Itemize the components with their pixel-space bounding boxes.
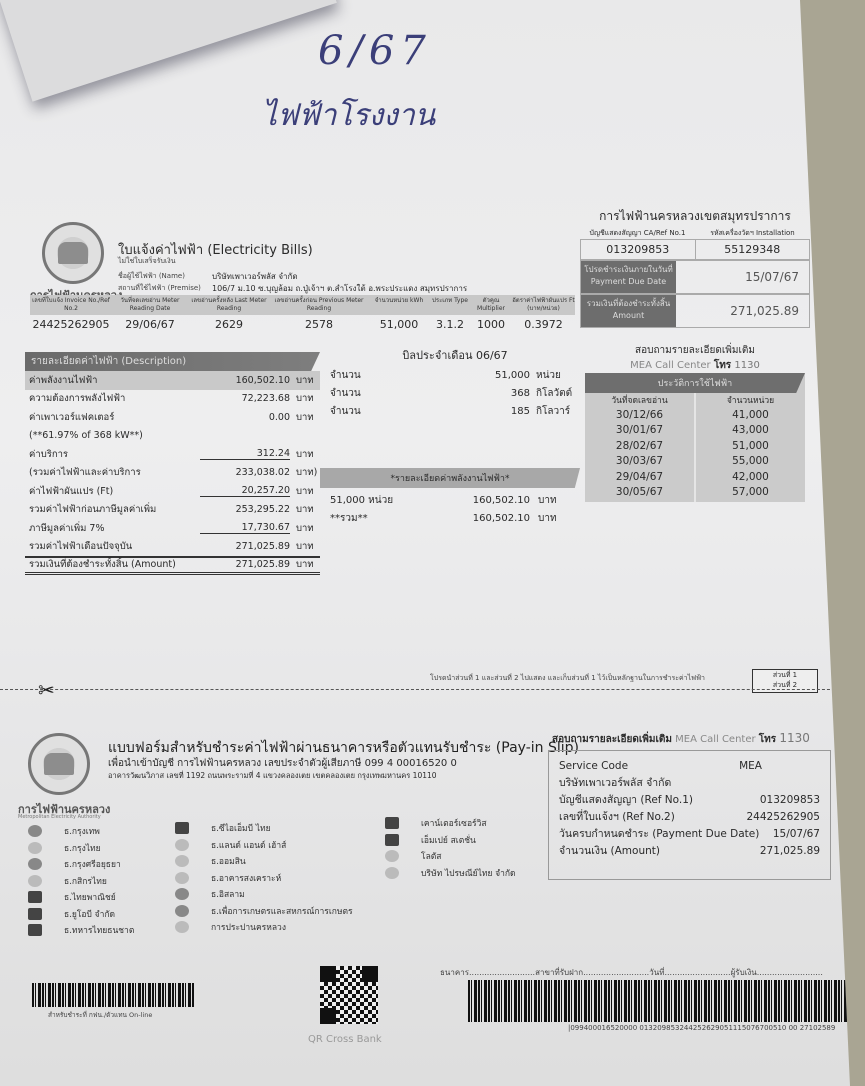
meter-col-header: เลขอ่านครั้งก่อน Previous Meter Reading xyxy=(270,295,368,315)
description-amount: 20,257.20 xyxy=(200,485,290,497)
description-unit: บาท xyxy=(290,484,320,499)
agent-list: เคาน์เตอร์เซอร์วิสเอ็มเปย์ สเตชั่นโลตัสบ… xyxy=(385,815,516,881)
description-label: รวมค่าไฟฟ้าเดือนปัจจุบัน xyxy=(25,539,200,554)
online-barcode xyxy=(32,983,194,1007)
description-amount: 72,223.68 xyxy=(200,393,290,404)
payin-phone-label: โทร xyxy=(759,734,776,745)
description-unit: บาท xyxy=(290,391,320,406)
meter-col-value: 2629 xyxy=(188,315,270,331)
bank-logo-icon xyxy=(175,921,189,933)
description-label: ภาษีมูลค่าเพิ่ม 7% xyxy=(25,521,200,536)
history-units: 55,000 xyxy=(696,455,805,471)
energy-label: 51,000 หน่วย xyxy=(330,493,450,508)
meter-col-header: เลขที่ใบแจ้ง Invoice No./Ref No.2 xyxy=(30,295,112,315)
meter-col-header: จำนวนหน่วย kWh xyxy=(368,295,430,315)
monthly-unit: กิโลวาร์ xyxy=(530,404,570,419)
bank-name: เอ็มเปย์ สเตชั่น xyxy=(421,833,476,847)
history-date: 30/05/67 xyxy=(585,486,696,502)
energy-unit: บาท xyxy=(530,511,557,526)
amount-value: 271,025.89 xyxy=(676,295,809,327)
energy-label: **รวม** xyxy=(330,511,450,526)
energy-value: 160,502.10 xyxy=(450,495,530,506)
bank-item: ธ.ยูโอบี จำกัด xyxy=(28,906,134,923)
bank-item: เคาน์เตอร์เซอร์วิส xyxy=(385,815,516,832)
meter-col-header: ตัวคูณ Multiplier xyxy=(470,295,512,315)
description-label: รวมค่าไฟฟ้าก่อนภาษีมูลค่าเพิ่ม xyxy=(25,502,200,517)
description-unit: บาท) xyxy=(290,465,320,480)
payin-due-label: วันครบกำหนดชำระ (Payment Due Date) xyxy=(559,825,759,842)
bank-logo-icon xyxy=(28,908,42,920)
payin-inquiry: สอบถามรายละเอียดเพิ่มเติม MEA Call Cente… xyxy=(552,731,810,747)
payin-phone: 1130 xyxy=(779,731,810,745)
handwritten-note: ไฟฟ้าโรงงาน xyxy=(262,92,435,139)
description-total-row: รวมเงินที่ต้องชำระทั้งสิ้น (Amount) 271,… xyxy=(25,556,320,575)
bank-logo-icon xyxy=(175,872,189,884)
cut-line xyxy=(0,689,850,690)
history-units: 43,000 xyxy=(696,424,805,440)
description-unit: บาท xyxy=(290,539,320,554)
phone-number: 1130 xyxy=(734,360,759,371)
description-unit: บาท xyxy=(290,410,320,425)
description-amount: 17,730.67 xyxy=(200,522,290,534)
barcode-number: |099400016520000 01320985324425262905111… xyxy=(568,1024,835,1032)
payin-due-value: 15/07/67 xyxy=(773,828,820,840)
ref2-value: 24425262905 xyxy=(747,811,821,823)
bank-name: เคาน์เตอร์เซอร์วิส xyxy=(421,816,487,830)
monthly-unit: กิโลวัตต์ xyxy=(530,386,572,401)
service-box: Service CodeMEA บริษัทเพาเวอร์พลัส จำกัด… xyxy=(548,750,831,880)
energy-unit: บาท xyxy=(530,493,557,508)
bank-name: บริษัท ไปรษณีย์ไทย จำกัด xyxy=(421,866,516,880)
description-row: ค่าบริการ312.24บาท xyxy=(25,445,320,464)
scissors-icon: ✂ xyxy=(38,678,55,702)
bank-name: ธ.แลนด์ แอนด์ เฮ้าส์ xyxy=(211,838,286,852)
description-row: ค่าเพาเวอร์แฟคเตอร์0.00บาท xyxy=(25,408,320,427)
description-label: ค่าบริการ xyxy=(25,447,200,462)
history-row: 28/02/6751,000 xyxy=(585,440,805,456)
description-label: ค่าพลังงานไฟฟ้า xyxy=(25,373,200,388)
description-row: (**61.97% of 368 kW**) xyxy=(25,427,320,446)
qr-code xyxy=(320,966,378,1024)
meter-col-header: อัตราค่าไฟฟ้าผันแปร Ft (บาท/หน่วย) xyxy=(512,295,575,315)
qr-caption: QR Cross Bank xyxy=(308,1034,382,1045)
bank-logo-icon xyxy=(28,842,42,854)
due-date-value: 15/07/67 xyxy=(676,261,809,293)
bank-item: โลตัส xyxy=(385,848,516,865)
history-row: 30/12/6641,000 xyxy=(585,409,805,425)
mea-emblem-icon xyxy=(28,733,90,795)
history-units: 41,000 xyxy=(696,409,805,425)
ref1-value: 013209853 xyxy=(760,794,820,806)
bank-name: ธ.เพื่อการเกษตรและสหกรณ์การเกษตร xyxy=(211,904,353,918)
payin-account-line: เพื่อนำเข้าบัญชี การไฟฟ้านครหลวง เลขประจ… xyxy=(108,756,457,771)
history-col-units: จำนวนหน่วย xyxy=(696,393,805,409)
bank-logo-icon xyxy=(385,850,399,862)
monthly-summary: บิลประจำเดือน 06/67 จำนวน51,000หน่วยจำนว… xyxy=(330,346,580,527)
phone-label: โทร xyxy=(714,360,731,371)
bill-sheet: 6/67 ไฟฟ้าโรงงาน การไฟฟ้านครหลวง Metropo… xyxy=(0,0,850,1086)
history-date: 29/04/67 xyxy=(585,471,696,487)
bank-list-1: ธ.กรุงเทพธ.กรุงไทยธ.กรุงศรีอยุธยาธ.กสิกร… xyxy=(28,823,134,939)
monthly-value: 51,000 xyxy=(480,370,530,381)
description-label: (**61.97% of 368 kW**) xyxy=(25,430,200,441)
energy-value: 160,502.10 xyxy=(450,513,530,524)
description-row: รวมค่าไฟฟ้าเดือนปัจจุบัน271,025.89บาท xyxy=(25,538,320,557)
description-unit: บาท xyxy=(290,521,320,536)
meter-col-value: 2578 xyxy=(270,315,368,331)
monthly-title: บิลประจำเดือน 06/67 xyxy=(330,346,580,364)
payin-amount-value: 271,025.89 xyxy=(760,845,820,857)
ca-label: บัญชีแสดงสัญญา CA/Ref No.1 xyxy=(580,228,695,239)
description-label: ค่าเพาเวอร์แฟคเตอร์ xyxy=(25,410,200,425)
service-code-value: MEA xyxy=(739,760,762,772)
payment-barcode xyxy=(468,980,854,1022)
side-barcode xyxy=(835,452,843,572)
description-unit: บาท xyxy=(290,447,320,462)
description-amount: 0.00 xyxy=(200,412,290,423)
meter-col-value: 3.1.2 xyxy=(430,315,470,331)
cut-instruction: โปรดนำส่วนที่ 1 และส่วนที่ 2 ไปแสดง และเ… xyxy=(430,673,705,684)
service-company: บริษัทเพาเวอร์พลัส จำกัด xyxy=(559,774,671,791)
description-row: ความต้องการพลังไฟฟ้า72,223.68บาท xyxy=(25,390,320,409)
bank-logo-icon xyxy=(28,858,42,870)
description-amount: 233,038.02 xyxy=(200,467,290,478)
name-label: ชื่อผู้ใช้ไฟฟ้า (Name) xyxy=(118,271,185,282)
bank-item: ธ.ทหารไทยธนชาต xyxy=(28,922,134,939)
online-barcode-caption: สำหรับชำระที่ กฟน./ตัวแทน On-line xyxy=(48,1010,152,1020)
monthly-row: จำนวน368กิโลวัตต์ xyxy=(330,384,580,402)
monthly-row: จำนวน51,000หน่วย xyxy=(330,366,580,384)
bank-item: เอ็มเปย์ สเตชั่น xyxy=(385,832,516,849)
bank-item: ธ.กรุงศรีอยุธยา xyxy=(28,856,134,873)
service-code-label: Service Code xyxy=(559,760,628,772)
bank-name: ธ.กสิกรไทย xyxy=(64,874,107,888)
bank-item: ธ.ซีไอเอ็มบี ไทย xyxy=(175,820,353,837)
ref2-label: เลขที่ใบแจ้งฯ (Ref No.2) xyxy=(559,808,675,825)
bank-item: ธ.ไทยพาณิชย์ xyxy=(28,889,134,906)
bank-logo-icon xyxy=(175,839,189,851)
mea-emblem-icon xyxy=(42,222,104,284)
bank-logo-icon xyxy=(385,867,399,879)
history-units: 57,000 xyxy=(696,486,805,502)
bank-item: ธ.กรุงเทพ xyxy=(28,823,134,840)
description-header: รายละเอียดค่าไฟฟ้า (Description) xyxy=(25,352,320,371)
bank-name: ธ.อาคารสงเคราะห์ xyxy=(211,871,281,885)
mea-logo xyxy=(40,222,104,284)
monthly-label: จำนวน xyxy=(330,404,480,419)
installation-label: รหัสเครื่องวัดฯ Installation xyxy=(695,228,810,239)
total-label: รวมเงินที่ต้องชำระทั้งสิ้น (Amount) xyxy=(25,557,200,572)
bank-logo-icon xyxy=(175,905,189,917)
history-date: 30/12/66 xyxy=(585,409,696,425)
bank-item: ธ.กสิกรไทย xyxy=(28,873,134,890)
description-row: ภาษีมูลค่าเพิ่ม 7%17,730.67บาท xyxy=(25,519,320,538)
meter-col-value: 1000 xyxy=(470,315,512,331)
bank-logo-icon xyxy=(385,817,399,829)
usage-history: สอบถามรายละเอียดเพิ่มเติม MEA Call Cente… xyxy=(585,343,805,502)
due-date-label: โปรดชำระเงินภายในวันที่ Payment Due Date xyxy=(581,261,676,293)
monthly-label: จำนวน xyxy=(330,368,480,383)
payin-call-center: MEA Call Center xyxy=(675,734,755,745)
history-date: 30/01/67 xyxy=(585,424,696,440)
bank-logo-icon xyxy=(175,822,189,834)
meter-table: เลขที่ใบแจ้ง Invoice No./Ref No.2วันที่จ… xyxy=(30,295,575,331)
description-amount: 271,025.89 xyxy=(200,541,290,552)
meter-table-header: เลขที่ใบแจ้ง Invoice No./Ref No.2วันที่จ… xyxy=(30,295,575,315)
bank-item: ธ.อาคารสงเคราะห์ xyxy=(175,870,353,887)
part-1-label: ส่วนที่ 1 xyxy=(753,670,817,680)
monthly-label: จำนวน xyxy=(330,386,480,401)
monthly-unit: หน่วย xyxy=(530,368,561,383)
ca-number: 013209853 xyxy=(581,240,696,259)
total-unit: บาท xyxy=(290,557,320,572)
bank-logo-icon xyxy=(175,888,189,900)
bank-name: ธ.ยูโอบี จำกัด xyxy=(64,907,115,921)
bank-item: การประปานครหลวง xyxy=(175,919,353,936)
description-label: ค่าไฟฟ้าผันแปร (Ft) xyxy=(25,484,200,499)
call-center-label: MEA Call Center xyxy=(630,360,710,371)
history-header: ประวัติการใช้ไฟฟ้า xyxy=(585,373,805,393)
meter-col-value: 29/06/67 xyxy=(112,315,188,331)
history-row: 30/03/6755,000 xyxy=(585,455,805,471)
bank-name: ธ.ซีไอเอ็มบี ไทย xyxy=(211,821,271,835)
meter-col-header: ประเภท Type xyxy=(430,295,470,315)
monthly-row: จำนวน185กิโลวาร์ xyxy=(330,402,580,420)
meter-col-value: 24425262905 xyxy=(30,315,112,331)
history-units: 42,000 xyxy=(696,471,805,487)
bank-logo-icon xyxy=(175,855,189,867)
payin-amount-label: จำนวนเงิน (Amount) xyxy=(559,842,660,859)
description-label: (รวมค่าไฟฟ้าและค่าบริการ xyxy=(25,465,200,480)
meter-col-header: เลขอ่านครั้งหลัง Last Meter Reading xyxy=(188,295,270,315)
bank-name: ธ.ทหารไทยธนชาต xyxy=(64,923,134,937)
bank-logo-icon xyxy=(28,825,42,837)
branch-name: การไฟฟ้านครหลวงเขตสมุทรปราการ xyxy=(580,207,810,226)
payin-address: อาคารวัฒนวิภาส เลขที่ 1192 ถนนพระรามที่ … xyxy=(108,770,437,782)
history-units: 51,000 xyxy=(696,440,805,456)
premise-address: 106/7 ม.10 ซ.บุญล้อม ถ.ปู่เจ้าฯ ต.สำโรงใ… xyxy=(212,282,467,295)
payin-org-name-en: Metropolitan Electricity Authority xyxy=(18,814,101,820)
meter-table-values: 2442526290529/06/672629257851,0003.1.210… xyxy=(30,315,575,331)
meter-col-value: 51,000 xyxy=(368,315,430,331)
bank-name: ธ.กรุงศรีอยุธยา xyxy=(64,857,121,871)
description-row: รวมค่าไฟฟ้าก่อนภาษีมูลค่าเพิ่ม253,295.22… xyxy=(25,501,320,520)
bank-name: การประปานครหลวง xyxy=(211,920,286,934)
description-unit: บาท xyxy=(290,502,320,517)
bill-subtitle: ไม่ใช่ใบเสร็จรับเงิน xyxy=(118,256,176,267)
bank-logo-icon xyxy=(385,834,399,846)
bank-name: ธ.ไทยพาณิชย์ xyxy=(64,890,116,904)
premise-label: สถานที่ใช้ไฟฟ้า (Premise) xyxy=(118,283,201,294)
installation-number: 55129348 xyxy=(696,240,810,259)
history-row: 30/01/6743,000 xyxy=(585,424,805,440)
bank-item: บริษัท ไปรษณีย์ไทย จำกัด xyxy=(385,865,516,882)
history-row: 30/05/6757,000 xyxy=(585,486,805,502)
description-table: รายละเอียดค่าไฟฟ้า (Description) ค่าพลัง… xyxy=(25,352,320,575)
bank-logo-icon xyxy=(28,875,42,887)
description-row: ค่าไฟฟ้าผันแปร (Ft)20,257.20บาท xyxy=(25,482,320,501)
history-col-date: วันที่จดเลขอ่าน xyxy=(585,393,696,409)
bank-item: ธ.อิสลาม xyxy=(175,886,353,903)
description-label: ความต้องการพลังไฟฟ้า xyxy=(25,391,200,406)
monthly-value: 185 xyxy=(480,406,530,417)
description-amount: 253,295.22 xyxy=(200,504,290,515)
description-amount: 312.24 xyxy=(200,448,290,460)
folded-paper-corner xyxy=(0,0,337,102)
description-row: ค่าพลังงานไฟฟ้า160,502.10บาท xyxy=(25,371,320,390)
energy-row: 51,000 หน่วย160,502.10บาท xyxy=(330,491,580,509)
handwritten-period: 6/67 xyxy=(318,28,432,74)
account-box: การไฟฟ้านครหลวงเขตสมุทรปราการ บัญชีแสดงส… xyxy=(580,207,810,328)
bank-name: ธ.อิสลาม xyxy=(211,887,245,901)
amount-label: รวมเงินที่ต้องชำระทั้งสิ้น Amount xyxy=(581,295,676,327)
description-row: (รวมค่าไฟฟ้าและค่าบริการ233,038.02บาท) xyxy=(25,464,320,483)
bank-logo-icon xyxy=(28,924,42,936)
payin-logo xyxy=(28,733,90,795)
payin-inquiry-text: สอบถามรายละเอียดเพิ่มเติม xyxy=(552,734,672,745)
history-date: 28/02/67 xyxy=(585,440,696,456)
bank-list-2: ธ.ซีไอเอ็มบี ไทยธ.แลนด์ แอนด์ เฮ้าส์ธ.ออ… xyxy=(175,820,353,936)
bank-fill-line: ธนาคาร..........................สาขาที่ร… xyxy=(440,966,823,979)
bank-name: ธ.กรุงเทพ xyxy=(64,824,100,838)
energy-row: **รวม**160,502.10บาท xyxy=(330,509,580,527)
meter-col-value: 0.3972 xyxy=(512,315,575,331)
energy-detail-header: *รายละเอียดค่าพลังงานไฟฟ้า* xyxy=(320,468,580,488)
bank-item: ธ.แลนด์ แอนด์ เฮ้าส์ xyxy=(175,837,353,854)
history-row: 29/04/6742,000 xyxy=(585,471,805,487)
bank-name: ธ.กรุงไทย xyxy=(64,841,101,855)
ref1-label: บัญชีแสดงสัญญา (Ref No.1) xyxy=(559,791,693,808)
history-inquiry: สอบถามรายละเอียดเพิ่มเติม xyxy=(585,343,805,358)
bank-logo-icon xyxy=(28,891,42,903)
meter-col-header: วันที่จดเลขอ่าน Meter Reading Date xyxy=(112,295,188,315)
total-amount: 271,025.89 xyxy=(200,559,290,570)
description-unit: บาท xyxy=(290,373,320,388)
bank-name: ธ.ออมสิน xyxy=(211,854,246,868)
description-amount: 160,502.10 xyxy=(200,375,290,386)
bank-item: ธ.เพื่อการเกษตรและสหกรณ์การเกษตร xyxy=(175,903,353,920)
bank-item: ธ.ออมสิน xyxy=(175,853,353,870)
bank-name: โลตัส xyxy=(421,849,441,863)
history-date: 30/03/67 xyxy=(585,455,696,471)
monthly-value: 368 xyxy=(480,388,530,399)
bank-item: ธ.กรุงไทย xyxy=(28,840,134,857)
